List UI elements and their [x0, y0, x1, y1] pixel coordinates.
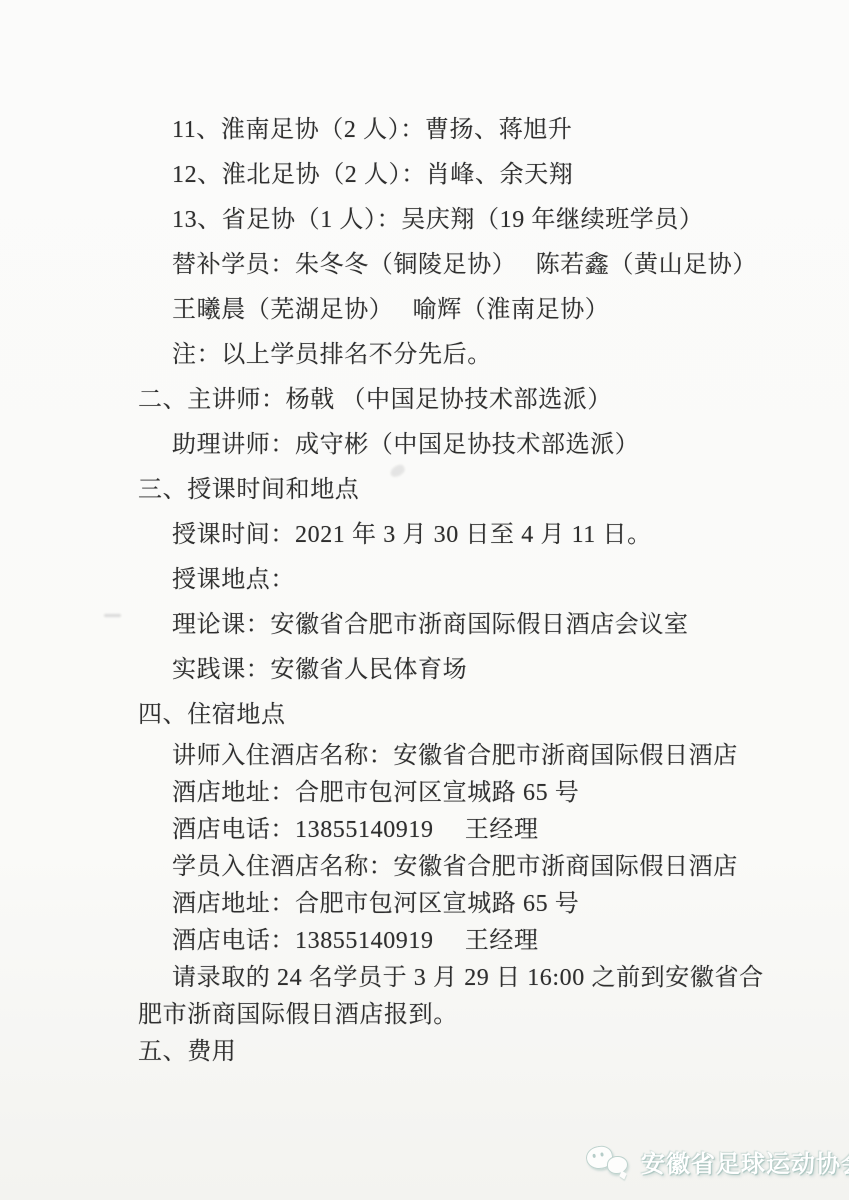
document-body: 11、淮南足协（2 人）：曹扬、蒋旭升 12、淮北足协（2 人）：肖峰、余天翔 …: [138, 108, 789, 1071]
document-line: 肥市浙商国际假日酒店报到。: [138, 997, 789, 1034]
document-line: 实践课：安徽省人民体育场: [138, 648, 789, 693]
document-line: 13、省足协（1 人）：吴庆翔（19 年继续班学员）: [138, 198, 789, 243]
document-line: 授课时间：2021 年 3 月 30 日至 4 月 11 日。: [138, 513, 789, 558]
document-line: 王曦晨（芜湖足协） 喻辉（淮南足协）: [138, 288, 789, 333]
scanned-document-page: 11、淮南足协（2 人）：曹扬、蒋旭升 12、淮北足协（2 人）：肖峰、余天翔 …: [0, 0, 849, 1200]
document-line: 助理讲师：成守彬（中国足协技术部选派）: [138, 423, 789, 468]
document-section-heading: 三、授课时间和地点: [138, 468, 789, 513]
document-line: 请录取的 24 名学员于 3 月 29 日 16:00 之前到安徽省合: [138, 960, 789, 997]
watermark-label: 安徽省足球运动协会: [641, 1144, 849, 1179]
wechat-account-watermark: 安徽省足球运动协会: [584, 1136, 849, 1186]
document-line: 授课地点：: [138, 558, 789, 603]
document-line: 酒店地址：合肥市包河区宣城路 65 号: [138, 775, 789, 812]
document-line: 酒店地址：合肥市包河区宣城路 65 号: [138, 886, 789, 923]
document-line: 酒店电话：13855140919 王经理: [138, 812, 789, 849]
document-line: 注：以上学员排名不分先后。: [138, 333, 789, 378]
document-line: 酒店电话：13855140919 王经理: [138, 923, 789, 960]
scan-smudge: [104, 614, 121, 617]
document-line: 学员入住酒店名称：安徽省合肥市浙商国际假日酒店: [138, 849, 789, 886]
document-line: 11、淮南足协（2 人）：曹扬、蒋旭升: [138, 108, 789, 153]
document-section-heading: 五、费用: [138, 1034, 789, 1071]
document-line: 理论课：安徽省合肥市浙商国际假日酒店会议室: [138, 603, 789, 648]
wechat-icon: [584, 1136, 634, 1186]
document-line: 12、淮北足协（2 人）：肖峰、余天翔: [138, 153, 789, 198]
document-line: 讲师入住酒店名称：安徽省合肥市浙商国际假日酒店: [138, 738, 789, 775]
document-section-heading: 四、住宿地点: [138, 693, 789, 738]
document-line: 替补学员：朱冬冬（铜陵足协） 陈若鑫（黄山足协）: [138, 243, 789, 288]
wechat-bubble-small: [607, 1156, 628, 1174]
document-section-heading: 二、主讲师：杨戟 （中国足协技术部选派）: [138, 378, 789, 423]
